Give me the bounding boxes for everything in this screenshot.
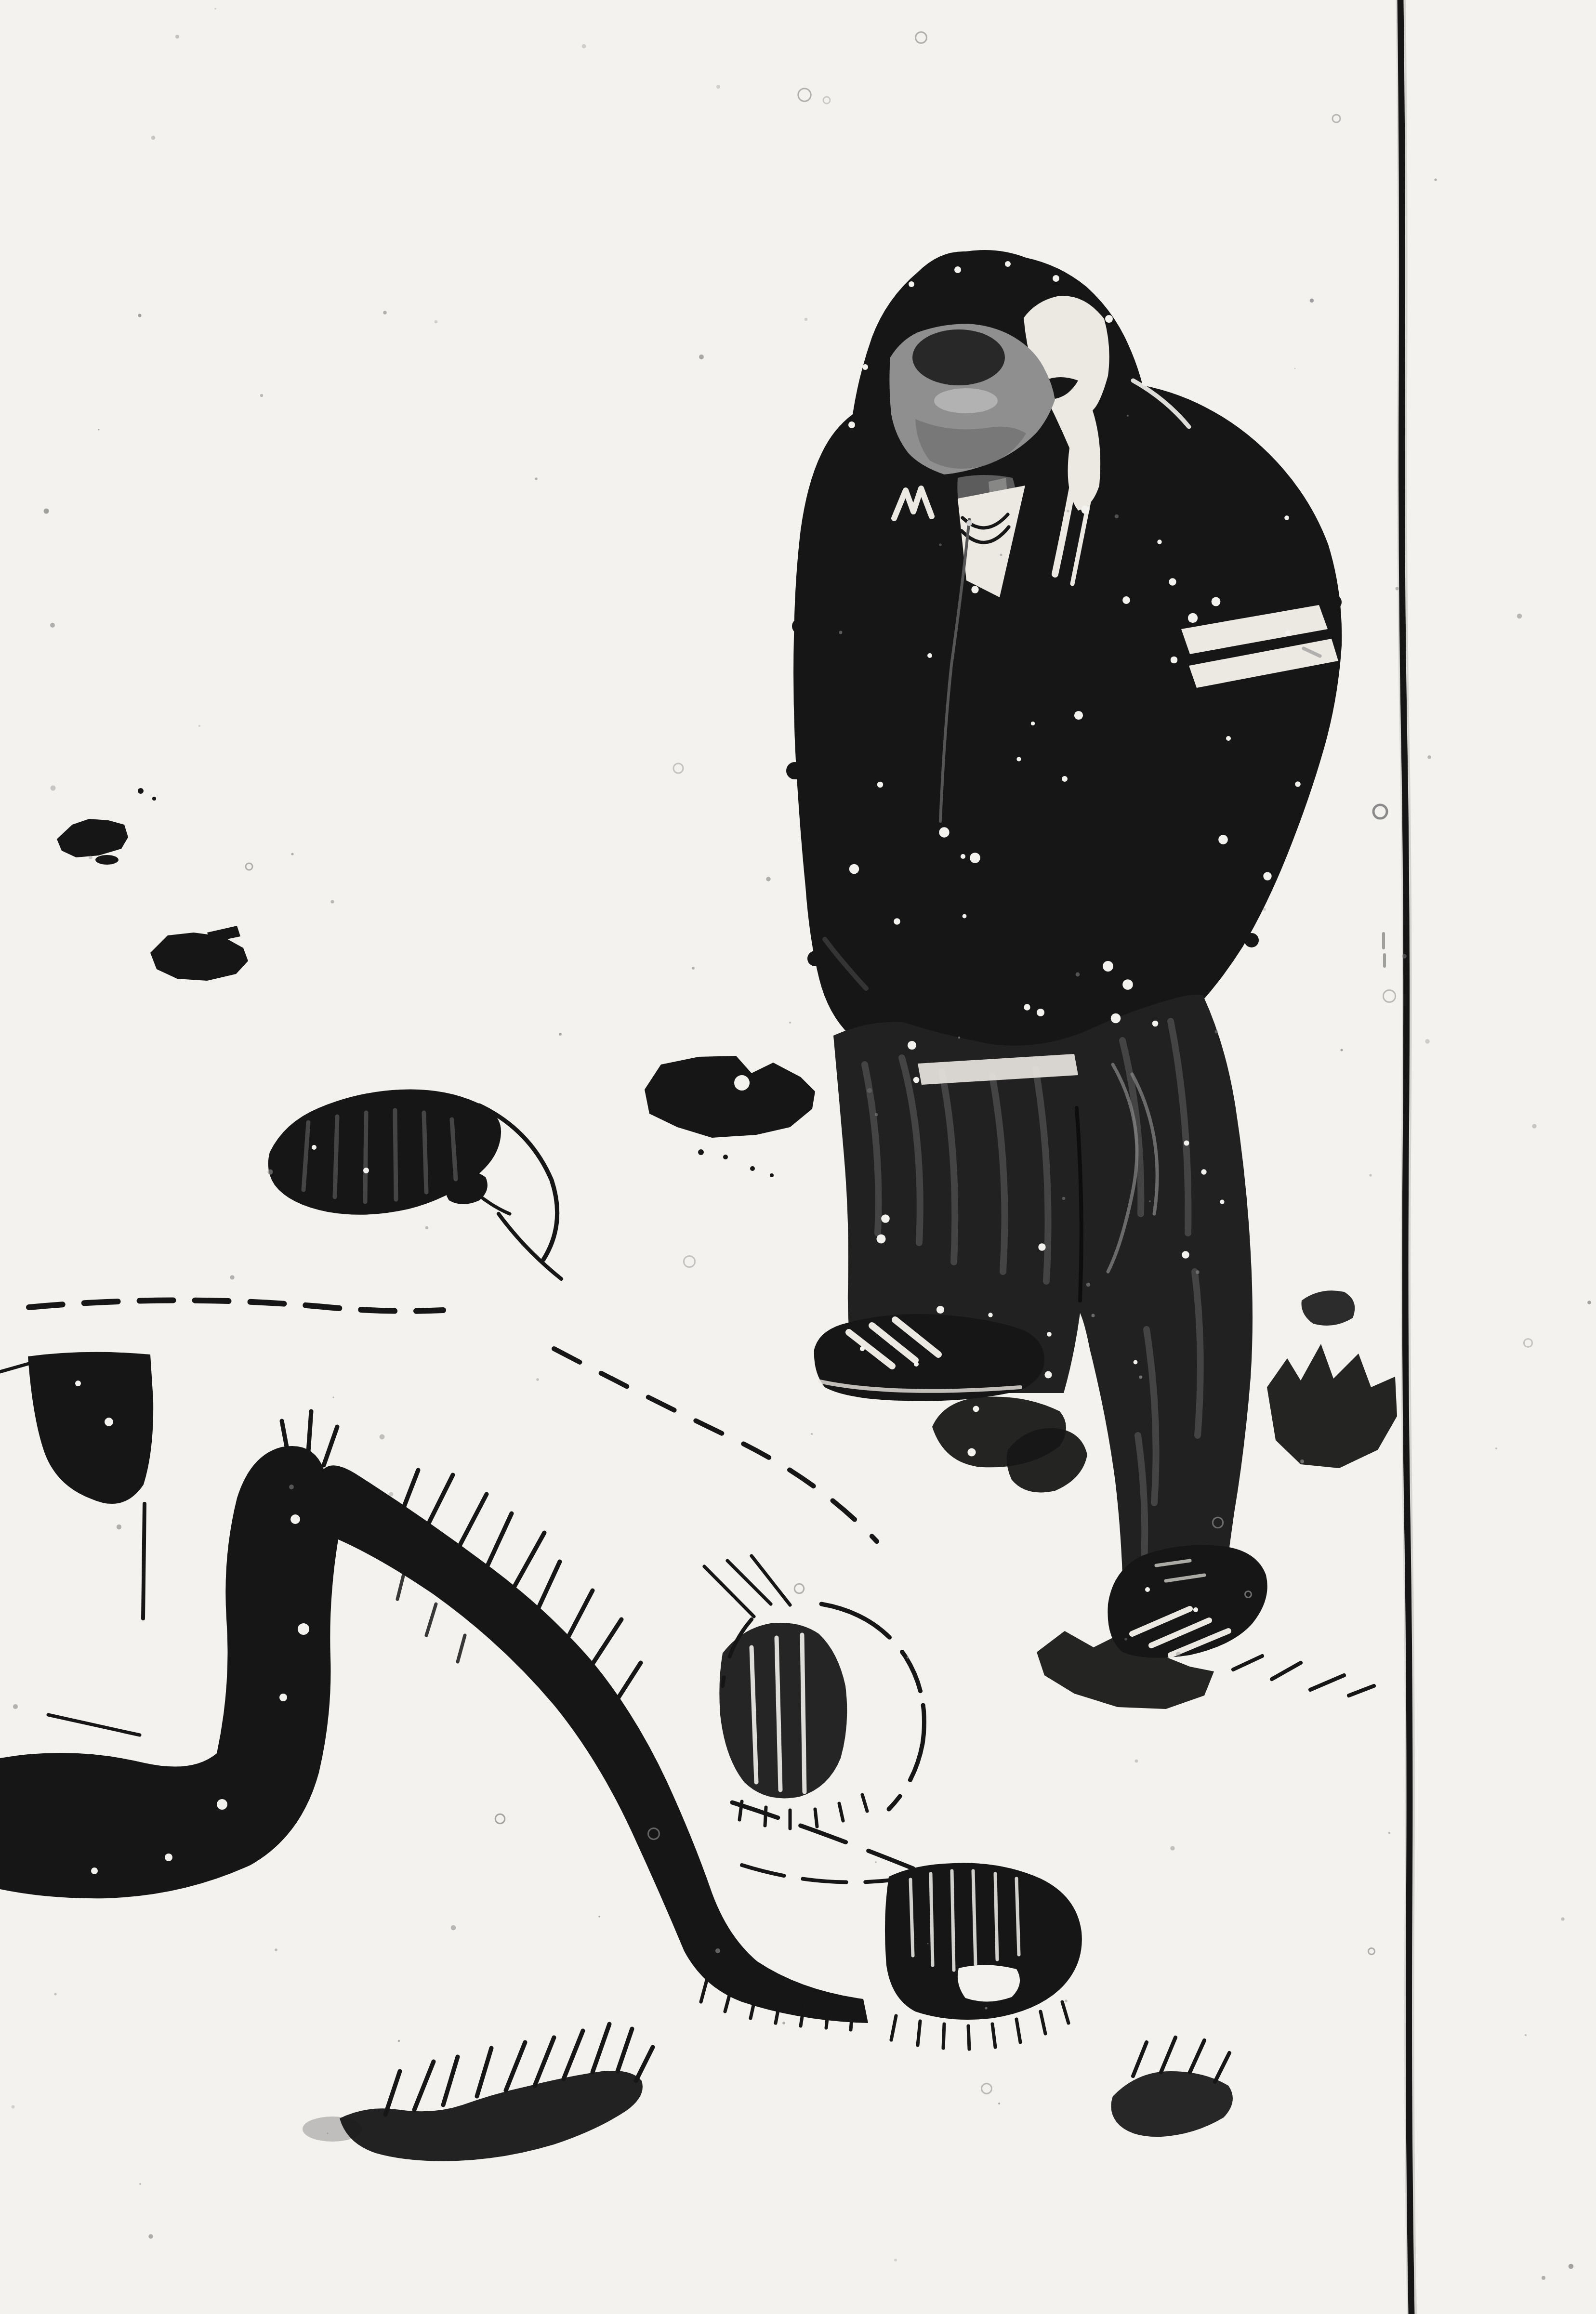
snow-dot [1201,1169,1206,1174]
zipper-pull [966,520,972,526]
dot-speck [1215,1030,1218,1034]
dot-speck [13,1704,18,1709]
dot-speck [214,8,216,10]
dot-speck [327,2132,328,2134]
dot-speck [1425,1039,1429,1043]
dot-speck [98,429,99,430]
dot-speck [1196,1270,1199,1274]
dot-speck [692,967,695,970]
goggle-patch [912,329,1005,385]
snow-dot [849,864,859,874]
left-sneaker [814,1314,1044,1401]
dot-speck [875,1113,878,1117]
dot-speck [1127,415,1129,417]
dot-speck [789,1022,791,1024]
dot-speck [1062,1197,1066,1200]
dot-speck [1000,554,1002,556]
dot-speck [1086,1283,1090,1287]
dot-speck [54,1993,57,1996]
dot-speck [1434,178,1437,181]
snow-dot [870,306,876,313]
dot-speck [1065,1999,1068,2002]
dot-speck [1076,973,1080,977]
dot-speck [151,136,155,140]
glove-snow-patch [958,1965,1020,2001]
snow-dot [914,1362,919,1367]
dot-speck [1300,1459,1304,1463]
snow-dot [1091,1457,1096,1462]
snow-dot [1263,872,1271,880]
dot-speck [50,623,55,628]
snow-dot [1047,1332,1052,1337]
snow-dot [1218,835,1228,844]
dot-speck [380,1434,385,1440]
tuft-small-upper [1302,1290,1355,1326]
dot-speck [51,786,56,791]
snow-dot [1277,953,1284,960]
snow-paper-background [0,0,1596,2314]
dot-speck [985,2007,987,2009]
snow-dot [1105,315,1113,323]
snow-dot [1062,776,1068,782]
snow-dot-on-glove [312,1145,317,1150]
snow-dot-on-shadow [298,1623,309,1635]
snow-dot [927,653,932,658]
dot-speck [1561,1917,1564,1920]
snow-dot [1157,539,1161,544]
snow-dot [936,1306,944,1314]
dot-speck [1124,1638,1127,1641]
snow-dot [1284,515,1289,520]
snow-dot [1111,1013,1121,1024]
dot-speck [766,877,770,881]
dot-speck [44,509,49,514]
dot-speck [1569,2264,1574,2269]
dot-speck [907,1657,909,1659]
dot-speck [1427,755,1431,759]
snow-dot-on-patch [105,1418,113,1426]
snow-dot [1188,613,1198,623]
snow-dot [1295,781,1301,787]
manga-page [0,0,1596,2314]
dot-speck [1149,1200,1151,1202]
dot-speck [175,35,179,39]
dot-speck [1396,587,1399,591]
dot-speck [958,1037,960,1039]
jacket-edge-bump [1327,595,1342,609]
dot-speck [138,314,142,317]
snow-dot [954,266,961,273]
dot-speck [435,320,438,324]
snow-dot [1152,1021,1159,1027]
snow-dot [1122,596,1130,604]
dot-speck [1542,2276,1545,2280]
dot-speck [894,2259,897,2261]
head-shading [719,1623,847,1798]
dot-speck [867,1088,872,1093]
dot-speck [148,2234,153,2238]
footprint-snow-gap [734,1075,750,1091]
snow-dot [877,782,883,788]
snow-dot [894,918,900,925]
footprint-speck [698,1149,704,1155]
snow-dot [1226,736,1231,741]
dot-speck [425,1226,428,1229]
snow-dot [967,1448,976,1456]
snow-dot [1122,979,1133,990]
snow-dot [1184,1141,1189,1146]
dot-speck [998,2103,1000,2104]
dot-speck [389,1492,394,1497]
snow-dot [1089,1445,1095,1450]
dot-speck [1176,1652,1181,1657]
snow-dot [1037,1009,1044,1016]
dot-speck [535,477,538,480]
snow-dot-on-glove [363,1168,369,1173]
snow-dot-on-shadow [279,1694,287,1701]
dot-speck [275,1948,277,1951]
dot-speck [582,44,586,49]
snow-dot [1212,597,1221,606]
snow-dot-on-shadow [217,1799,227,1810]
snow-dot [860,1346,865,1351]
dot-speck [1067,510,1069,513]
snow-dot [1081,505,1089,513]
snow-dot [939,827,949,837]
snow-dot [1074,711,1083,720]
dot-speck [536,1378,539,1381]
jacket-edge-bump [807,951,823,966]
snow-dot-on-shadow [91,1867,98,1874]
dot-speck [1115,514,1119,518]
dot-speck [1092,1314,1095,1317]
dot-speck [598,1916,600,1918]
dot-speck [875,1861,877,1863]
snow-dot [1035,1535,1039,1539]
snow-dot [897,1565,905,1574]
dot-speck [1341,1049,1343,1052]
dot-speck [1517,614,1522,618]
dot-speck [699,355,704,359]
dot-speck [559,1033,562,1036]
snow-dot [913,1077,920,1083]
dot-speck [291,853,293,855]
dot-speck [1294,368,1295,369]
dot-speck [451,1925,456,1931]
dot-speck [1525,2034,1527,2036]
jacket-edge-bump [1244,933,1259,947]
dot-speck [839,631,843,634]
snow-dot [1169,578,1176,585]
snow-dot-on-patch [75,1381,81,1386]
snow-dot [909,281,914,287]
snow-dot [988,1313,992,1317]
dot-speck [383,311,386,314]
dot-speck [398,2040,400,2042]
snow-dot [1193,1607,1198,1612]
snow-dot [1291,978,1296,983]
dot-speck [1388,1832,1390,1834]
dot-speck [1263,908,1266,911]
snow-dot [859,1533,867,1540]
snow-dot [908,1041,916,1050]
snow-dot [1103,961,1113,972]
dot-speck [1139,1376,1143,1379]
dot-speck [332,1396,334,1398]
dot-speck [1402,954,1407,959]
snow-dot [1285,631,1291,636]
dot-speck [1135,1760,1138,1763]
dot-speck [260,394,263,397]
snow-dot [855,1421,860,1427]
dot-speck [1310,299,1314,303]
jacket-edge-bump [792,618,807,634]
dot-speck [782,2022,785,2025]
snow-dot [932,1446,938,1452]
snow-dot [971,586,978,593]
snow-dot [970,853,980,863]
snow-dot [1182,1251,1189,1259]
snow-dot [1053,275,1059,282]
dot-speck [89,855,92,859]
snow-dot [1049,1566,1055,1572]
dot-speck [331,900,334,904]
panel-snow-scene [0,0,1596,2314]
snow-dot [1024,1004,1030,1010]
snow-dot [961,854,965,859]
dot-speck [1369,1174,1372,1176]
dot-speck [811,1433,813,1435]
hem-line-vertical [143,1504,145,1618]
dot-speck [805,318,807,321]
snow-dot [848,421,855,428]
snow-dot [963,914,967,919]
snow-dot [1171,657,1178,664]
dot-speck [715,1948,720,1953]
dot-speck [716,85,720,89]
snow-dot [1038,1243,1045,1250]
dot-speck [1587,1301,1591,1304]
dot-speck [1532,1124,1536,1128]
dot-speck [289,1485,294,1489]
snow-dot [1016,757,1021,761]
dot-speck [1495,1447,1497,1449]
snow-dot [973,1406,979,1412]
snow-dot-on-shadow [165,1854,172,1861]
snow-dot [1134,1360,1138,1365]
snow-dot [1220,1199,1224,1204]
dot-speck [12,2105,15,2109]
snow-dot [1005,261,1011,267]
dot-speck [230,1275,234,1279]
snow-dot [881,1214,890,1223]
jacket-edge-bump [786,762,804,779]
snow-dot [1145,1587,1150,1592]
footprint-speck [138,788,144,794]
snow-dot [862,364,868,370]
footprint-speck [152,797,156,801]
footprint-speck [750,1166,755,1171]
snow-dot-on-shadow [290,1514,300,1524]
dot-speck [117,1525,121,1529]
dot-speck [139,2183,141,2185]
dot-speck [268,1170,273,1175]
footprint-drip [95,855,119,865]
cheek-highlight [934,388,998,413]
snow-dot [1044,1371,1052,1378]
snow-dot [1031,722,1035,725]
dot-speck [939,543,942,546]
dot-speck [1170,1846,1174,1850]
dot-speck [198,725,201,727]
dot-speck [927,1943,928,1944]
jacket-edge-bump [1315,718,1329,732]
footprint-speck [770,1173,774,1177]
footprint-speck [723,1155,728,1159]
snow-dot [876,1234,885,1243]
